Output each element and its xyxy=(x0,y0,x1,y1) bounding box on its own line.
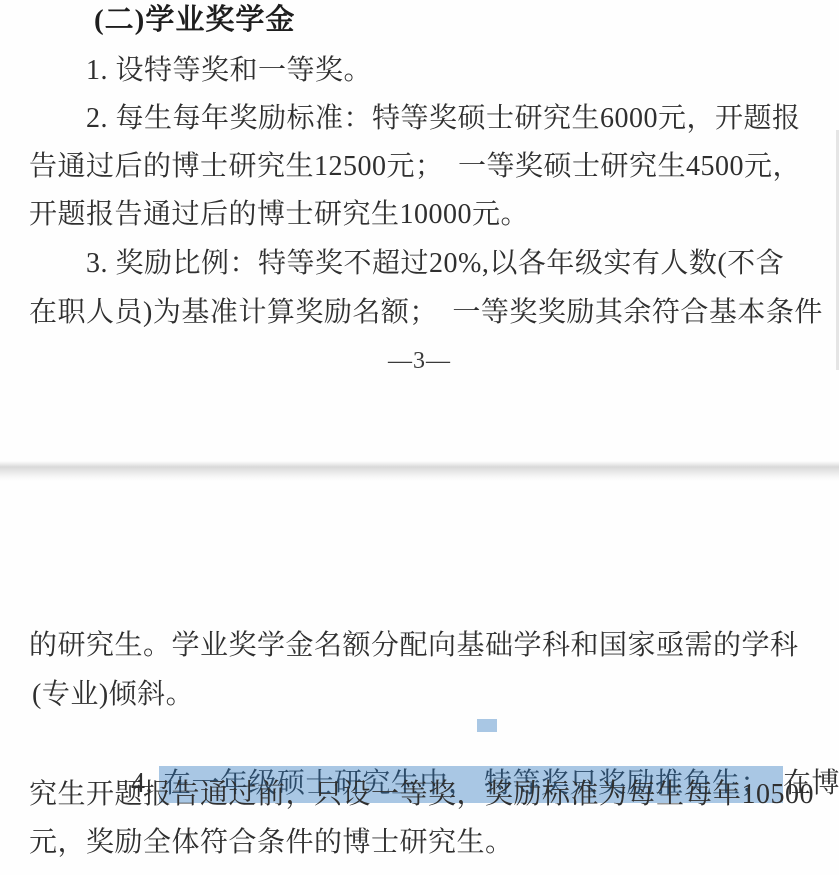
paragraph-2-line-3: 开题报告通过后的博士研究生10000元。 xyxy=(29,196,529,234)
paragraph-2-line-1: 2. 每生每年奖励标准：特等奖硕士研究生6000元，开题报 xyxy=(86,100,801,138)
document-viewer: (二)学业奖学金 1. 设特等奖和一等奖。 2. 每生每年奖励标准：特等奖硕士研… xyxy=(0,0,839,875)
paragraph-3-line-1: 3. 奖励比例：特等奖不超过20%,以各年级实有人数(不含 xyxy=(86,245,784,283)
paragraph-3-line-2: 在职人员)为基准计算奖励名额； 一等奖奖励其余符合基本条件 xyxy=(29,294,823,332)
paragraph-4-line-3: 元，奖励全体符合条件的博士研究生。 xyxy=(29,824,514,862)
paragraph-3-continued-line-1: 的研究生。学业奖学金名额分配向基础学科和国家亟需的学科 xyxy=(29,627,799,665)
paragraph-1: 1. 设特等奖和一等奖。 xyxy=(86,52,372,90)
paragraph-3-continued-line-2: (专业)倾斜。 xyxy=(32,676,194,714)
paragraph-2-line-2: 告通过后的博士研究生12500元； 一等奖硕士研究生4500元， xyxy=(29,148,801,186)
paragraph-4-line-2: 究生开题报告通过前，只设一等奖，奖励标准为每生每年10500 xyxy=(29,776,814,814)
page-number: —3— xyxy=(0,348,839,375)
section-heading: (二)学业奖学金 xyxy=(94,1,295,39)
page-separator xyxy=(0,461,839,481)
